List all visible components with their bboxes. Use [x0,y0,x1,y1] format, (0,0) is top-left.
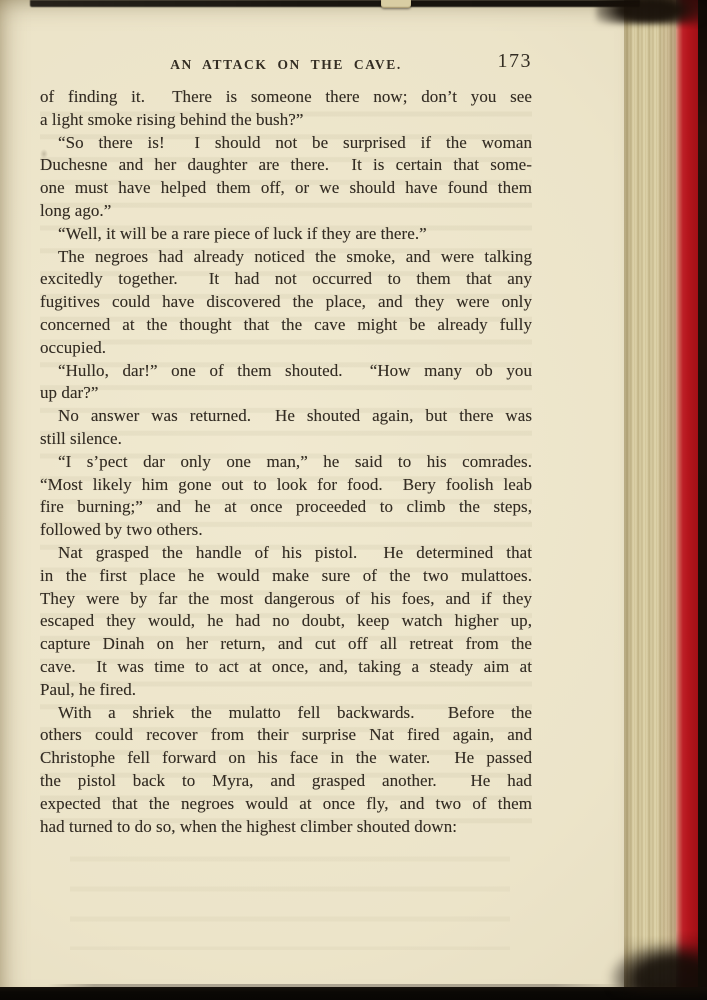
paragraph: of finding it. There is someone there no… [40,86,532,132]
text-line: Christophe fell forward on his face in t… [40,747,532,770]
book-cover-red [676,0,699,1000]
text-line: “Well, it will be a rare piece of luck i… [40,223,532,246]
book-pages-fore-edge [624,0,678,1000]
text-line: others could recover from their surprise… [40,724,532,747]
page-number: 173 [498,50,533,73]
background-right-band [698,0,707,1000]
text-line: the pistol back to Myra, and grasped ano… [40,770,532,793]
paragraph: With a shriek the mulatto fell backwards… [40,702,532,839]
text-line: of finding it. There is someone there no… [40,86,532,109]
text-line: followed by two others. [40,519,532,542]
running-title: AN ATTACK ON THE CAVE. [40,57,532,73]
paragraph: Nat grasped the handle of his pistol. He… [40,542,532,702]
text-line: With a shriek the mulatto fell backwards… [40,702,532,725]
top-right-smudge [596,0,707,24]
text-line: Paul, he fired. [40,679,532,702]
top-edge-shadow [30,0,640,7]
paragraph: The negroes had already noticed the smok… [40,246,532,360]
text-line: fire burning;” and he at once proceeded … [40,496,532,519]
text-line: They were by far the most dangerous of h… [40,588,532,611]
text-line: one must have helped them off, or we sho… [40,177,532,200]
page-text: of finding it. There is someone there no… [40,86,532,838]
bottom-edge-shadow [0,987,707,1000]
paragraph: “Well, it will be a rare piece of luck i… [40,223,532,246]
text-line: Nat grasped the handle of his pistol. He… [40,542,532,565]
show-through-ghosting-lower [70,840,510,950]
text-line: still silence. [40,428,532,451]
text-line: up dar?” [40,382,532,405]
text-line: occupied. [40,337,532,360]
paragraph: “So there is! I should not be surprised … [40,132,532,223]
text-line: capture Dinah on her return, and cut off… [40,633,532,656]
text-line: had turned to do so, when the highest cl… [40,816,532,839]
page-header: AN ATTACK ON THE CAVE. 173 [40,50,532,76]
text-line: concerned at the thought that the cave m… [40,314,532,337]
text-line: No answer was returned. He shouted again… [40,405,532,428]
page-tab-notch [381,0,411,8]
book-page: AN ATTACK ON THE CAVE. 173 of finding it… [0,0,627,1000]
text-line: excitedly together. It had not occurred … [40,268,532,291]
text-line: expected that the negroes would at once … [40,793,532,816]
text-line: “So there is! I should not be surprised … [40,132,532,155]
text-line: “Hullo, dar!” one of them shouted. “How … [40,360,532,383]
scanned-book-photo: AN ATTACK ON THE CAVE. 173 of finding it… [0,0,707,1000]
text-line: cave. It was time to act at once, and, t… [40,656,532,679]
text-line: fugitives could have discovered the plac… [40,291,532,314]
text-line: “Most likely him gone out to look for fo… [40,474,532,497]
text-line: a light smoke rising behind the bush?” [40,109,532,132]
text-line: “I s’pect dar only one man,” he said to … [40,451,532,474]
text-line: The negroes had already noticed the smok… [40,246,532,269]
text-line: long ago.” [40,200,532,223]
paragraph: “I s’pect dar only one man,” he said to … [40,451,532,542]
text-line: in the first place he would make sure of… [40,565,532,588]
text-line: Duchesne and her daughter are there. It … [40,154,532,177]
paragraph: “Hullo, dar!” one of them shouted. “How … [40,360,532,406]
paragraph: No answer was returned. He shouted again… [40,405,532,451]
bottom-right-smudge [608,942,707,994]
text-line: escaped they would, he had no doubt, kee… [40,610,532,633]
